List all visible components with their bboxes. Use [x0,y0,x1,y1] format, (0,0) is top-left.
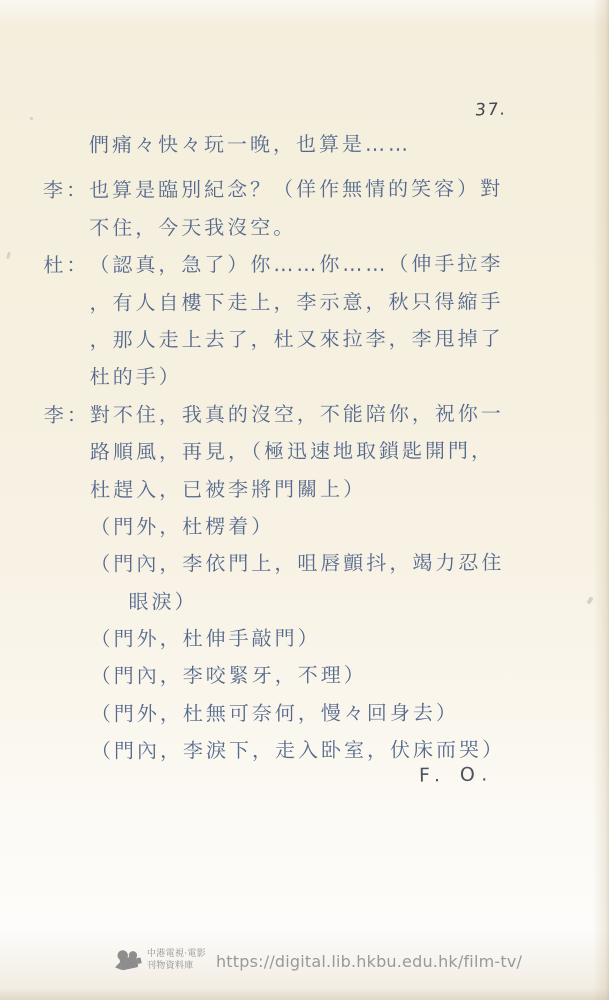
paper-edge-shading-right [593,0,609,1000]
speaker-label: 李： [43,178,89,202]
dialogue-text: （認真，急了）你……你……（伸手拉李 [89,251,583,277]
paper-edge-highlight [0,0,609,26]
script-row: （門外，杜無可奈何，慢々回身去） [45,700,585,739]
script-row: 杜：（認真，急了）你……你……（伸手拉李 [43,251,583,290]
dialogue-text: ，有人自樓下走上，李示意，秋只得縮手 [89,289,583,315]
dialogue-text: 對不住，我真的沒空，不能陪你，祝你一 [90,401,584,427]
speaker-label: 李： [44,403,90,427]
script-row: 不住，今天我沒空。 [43,214,583,253]
script-row: （門內，李依門上，咀唇顫抖，竭力忍住 [44,550,584,589]
scan-speck [30,117,33,120]
script-row: 眼淚） [44,588,584,627]
watermark-url: https://digital.lib.hkbu.edu.hk/film-tv/ [216,952,522,971]
paper-edge-shading-bottom [0,988,609,1000]
script-row: （門外，杜伸手敲門） [45,625,585,664]
dialogue-text: 路順風，再見，（極迅速地取鎖匙開門， [90,438,584,464]
dialogue-text: （門內，李咬緊牙，不理） [91,663,585,689]
script-row: ，有人自樓下走上，李示意，秋只得縮手 [43,289,583,328]
library-brand-line2: 刊物資料庫 [147,961,194,971]
script-row: 杜趕入，已被李將門關上） [44,476,584,515]
scanned-script-page: { "page": { "number": "37.", "fade_out":… [0,0,609,1000]
dialogue-text: 不住，今天我沒空。 [89,214,583,240]
script-row: 們痛々快々玩一晚，也算是…… [43,131,583,170]
dialogue-text: （門外，杜楞着） [90,513,584,539]
dialogue-text: （門內，李依門上，咀唇顫抖，竭力忍住 [90,550,584,576]
dialogue-text: 杜的手） [90,363,584,389]
library-brand-line1: 中港電視·電影 [147,949,206,959]
library-watermark: 中港電視·電影 刊物資料庫 https://digital.lib.hkbu.e… [113,946,522,976]
script-body: 們痛々快々玩一晚，也算是……李：也算是臨別紀念？（佯作無情的笑容）對不住，今天我… [43,131,585,777]
dialogue-text: 們痛々快々玩一晚，也算是…… [89,131,583,157]
dialogue-text: （門內，李淚下，走入卧室，伏床而哭） [91,737,585,763]
dialogue-text: （門外，杜無可奈何，慢々回身去） [91,700,585,726]
script-row: 路順風，再見，（極迅速地取鎖匙開門， [44,438,584,477]
dialogue-text: ，那人走上去了，杜又來拉李，李甩掉了 [90,326,584,352]
script-row: 李：對不住，我真的沒空，不能陪你，祝你一 [44,401,584,440]
dialogue-text: 也算是臨別紀念？（佯作無情的笑容）對 [89,176,583,202]
film-camera-icon [113,946,143,976]
dialogue-text: 杜趕入，已被李將門關上） [90,476,584,502]
script-row: 杜的手） [44,363,584,402]
scan-speck [586,596,593,604]
library-brand-text: 中港電視·電影 刊物資料庫 [147,949,206,972]
dialogue-text: 眼淚） [90,588,584,614]
script-row: （門內，李淚下，走入卧室，伏床而哭） [45,737,585,776]
fade-out-mark: F. O. [419,763,495,786]
speaker-label: 杜： [43,253,89,277]
script-row: （門內，李咬緊牙，不理） [45,663,585,702]
scan-speck [6,252,11,260]
dialogue-text: （門外，杜伸手敲門） [91,625,585,651]
script-row: ，那人走上去了，杜又來拉李，李甩掉了 [44,326,584,365]
script-row: （門外，杜楞着） [44,513,584,552]
script-row: 李：也算是臨別紀念？（佯作無情的笑容）對 [43,176,583,215]
page-number: 37. [474,99,507,120]
